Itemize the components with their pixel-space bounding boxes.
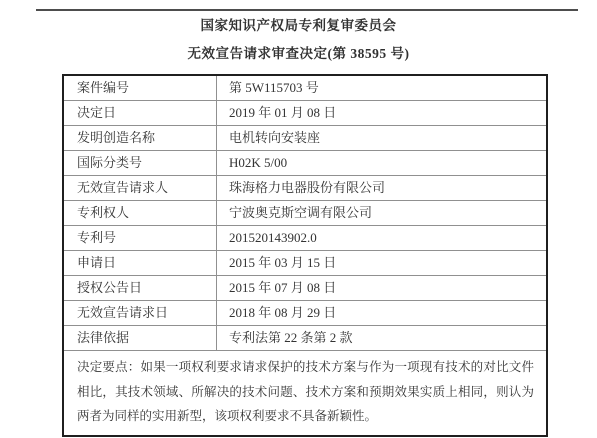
table-row-filing-date: 申请日 2015 年 03 月 15 日 <box>64 251 546 276</box>
decision-key-points-label: 决定要点： <box>77 360 141 374</box>
decision-key-points-text: 如果一项权利要求请求保护的技术方案与作为一项现有技术的对比文件相比，其技术领域、… <box>77 360 534 423</box>
row-label: 案件编号 <box>64 76 217 100</box>
table-row-legal-basis: 法律依据 专利法第 22 条第 2 款 <box>64 326 546 351</box>
table-row-case-number: 案件编号 第 5W115703 号 <box>64 76 546 101</box>
document-subtitle: 无效宣告请求审查决定(第 38595 号) <box>0 42 597 62</box>
row-label: 无效宣告请求人 <box>64 176 217 200</box>
table-row-patent-number: 专利号 201520143902.0 <box>64 226 546 251</box>
row-value: 2015 年 03 月 15 日 <box>217 251 546 275</box>
table-row-grant-date: 授权公告日 2015 年 07 月 08 日 <box>64 276 546 301</box>
table-row-petitioner: 无效宣告请求人 珠海格力电器股份有限公司 <box>64 176 546 201</box>
document-title: 国家知识产权局专利复审委员会 <box>0 14 597 34</box>
row-label: 专利权人 <box>64 201 217 225</box>
row-label: 国际分类号 <box>64 151 217 175</box>
table-row-request-date: 无效宣告请求日 2018 年 08 月 29 日 <box>64 301 546 326</box>
table-row-patentee: 专利权人 宁波奥克斯空调有限公司 <box>64 201 546 226</box>
row-value: 2019 年 01 月 08 日 <box>217 101 546 125</box>
row-value: 2018 年 08 月 29 日 <box>217 301 546 325</box>
decision-key-points: 决定要点：如果一项权利要求请求保护的技术方案与作为一项现有技术的对比文件相比，其… <box>64 351 546 435</box>
row-label: 申请日 <box>64 251 217 275</box>
row-value: H02K 5/00 <box>217 151 546 175</box>
row-value: 专利法第 22 条第 2 款 <box>217 326 546 350</box>
row-label: 发明创造名称 <box>64 126 217 150</box>
table-row-invention-title: 发明创造名称 电机转向安装座 <box>64 126 546 151</box>
row-value: 宁波奥克斯空调有限公司 <box>217 201 546 225</box>
table-row-decision-date: 决定日 2019 年 01 月 08 日 <box>64 101 546 126</box>
table-row-ipc-class: 国际分类号 H02K 5/00 <box>64 151 546 176</box>
row-label: 授权公告日 <box>64 276 217 300</box>
row-value: 2015 年 07 月 08 日 <box>217 276 546 300</box>
row-value: 珠海格力电器股份有限公司 <box>217 176 546 200</box>
row-label: 无效宣告请求日 <box>64 301 217 325</box>
row-value: 第 5W115703 号 <box>217 76 546 100</box>
row-value: 电机转向安装座 <box>217 126 546 150</box>
patent-decision-document: 国家知识产权局专利复审委员会 无效宣告请求审查决定(第 38595 号) 案件编… <box>0 0 597 438</box>
row-label: 决定日 <box>64 101 217 125</box>
row-value: 201520143902.0 <box>217 226 546 250</box>
top-horizontal-rule <box>36 9 578 11</box>
row-label: 专利号 <box>64 226 217 250</box>
case-info-table: 案件编号 第 5W115703 号 决定日 2019 年 01 月 08 日 发… <box>62 74 548 437</box>
row-label: 法律依据 <box>64 326 217 350</box>
